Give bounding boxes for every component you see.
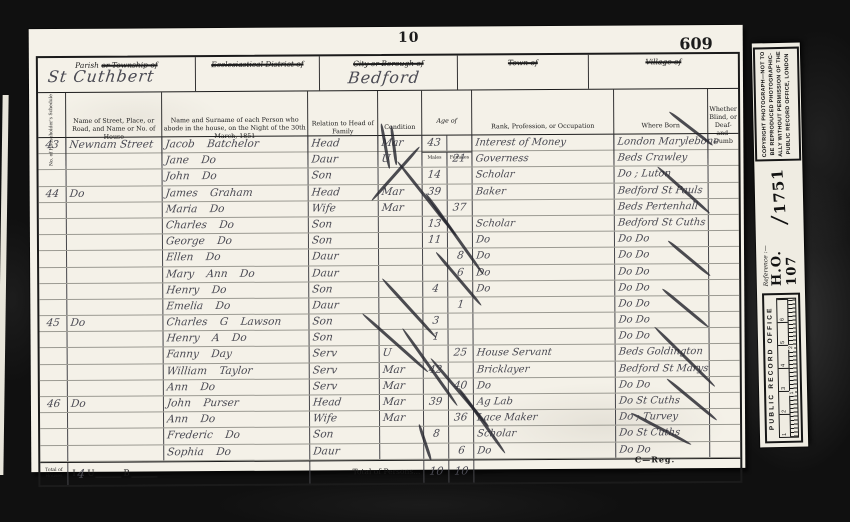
condition-cell [380, 427, 424, 442]
condition-cell [379, 330, 423, 345]
name-cell: Sophia Do [164, 444, 310, 460]
street-cell [67, 283, 163, 299]
schedule-cell [39, 235, 67, 250]
street-cell [67, 218, 163, 234]
condition-cell [379, 233, 423, 248]
pro-office-label: PUBLIC RECORD OFFICE [766, 298, 776, 438]
ruler-cm-mark: 1 [789, 391, 795, 396]
age-male-cell: 43 [422, 136, 447, 151]
occupation-cell [473, 329, 615, 345]
age-male-cell: 3 [423, 314, 448, 329]
ruler: 123456 1 2 [776, 298, 799, 438]
born-cell: Do Do [615, 247, 709, 263]
relation-cell: Serv [310, 346, 380, 362]
parish-value: St Cuthbert [47, 66, 156, 86]
ruler-inch-mark: 3 [779, 368, 789, 391]
folio-number: 10 [369, 30, 449, 46]
occupation-cell [473, 296, 615, 312]
schedule-cell [39, 203, 67, 218]
age-male-cell [423, 200, 448, 215]
street-cell [67, 202, 163, 218]
page-number: 609 [679, 34, 713, 53]
name-cell: Ellen Do [163, 250, 309, 266]
occupation-cell: Do [473, 280, 615, 296]
relation-cell: Son [309, 314, 379, 330]
street-cell: Do [68, 396, 164, 412]
schedule-cell: 46 [40, 397, 68, 412]
name-cell: Fanny Day [164, 347, 310, 363]
age-female-cell [449, 362, 474, 377]
born-cell: Do Do [615, 280, 709, 296]
age-male-cell [423, 249, 448, 264]
born-cell: Do ; Turvey [616, 409, 710, 425]
born-cell: Bedford St Cuths [615, 215, 709, 231]
schedule-cell [39, 267, 67, 282]
relation-cell: Daur [308, 152, 378, 168]
occupation-cell: Ag Lab [474, 394, 616, 410]
town-label-struck: Town of [508, 58, 538, 67]
street-cell [67, 267, 163, 283]
age-male-cell [424, 346, 449, 361]
occupation-cell: Do [474, 377, 616, 393]
age-male-cell: 39 [424, 395, 449, 410]
town-cell: Town of [458, 55, 589, 90]
schedule-cell [39, 300, 67, 315]
condition-cell [379, 217, 423, 232]
total-males: 10 [424, 460, 449, 482]
name-cell: William Taylor [164, 363, 310, 379]
name-cell: Frederic Do [164, 428, 310, 444]
name-cell: John Do [163, 169, 309, 185]
condition-cell [379, 168, 423, 183]
ruler-inch-mark: 1 [780, 414, 790, 437]
occupation-cell: Bricklayer [474, 361, 616, 377]
street-cell [68, 332, 164, 348]
totals-empty [474, 459, 740, 483]
born-cell: Do St Cuths [616, 393, 710, 409]
inhabited-label: I [72, 469, 75, 479]
census-page: 10 609 Parish or Township of St Cuthbert… [29, 25, 746, 472]
born-cell: Do Do [615, 312, 709, 328]
age-male-cell: 39 [423, 184, 448, 199]
infirm-cell [710, 360, 740, 375]
city-label-struck: City or Borough of [353, 59, 424, 68]
relation-cell: Wife [309, 201, 379, 217]
born-cell: Do Do [616, 377, 710, 393]
occupation-cell: Lace Maker [474, 410, 616, 426]
condition-cell: Mar [378, 136, 422, 151]
condition-cell: Mar [379, 201, 423, 216]
name-cell: James Graham [163, 185, 309, 201]
houses-counts: I 4 U B [68, 461, 310, 484]
born-cell: Do ; Luton [615, 166, 709, 182]
schedule-cell [40, 332, 68, 347]
born-cell: Do Do [615, 231, 709, 247]
relation-cell: Head [308, 136, 378, 152]
ecclesiastical-district-cell: Ecclesiastical District of [196, 56, 320, 91]
building-label: B [124, 468, 130, 478]
infirm-cell [710, 377, 740, 392]
condition-cell [379, 314, 423, 329]
relation-cell: Head [310, 395, 380, 411]
city-value: Bedford [347, 68, 421, 87]
age-male-cell [423, 298, 448, 313]
age-female-cell: 8 [448, 249, 473, 264]
name-cell: Charles G Lawson [163, 315, 309, 331]
relation-cell: Daur [310, 444, 380, 460]
name-cell: Jane Do [162, 153, 308, 169]
infirm-cell [709, 296, 739, 311]
born-cell: Do Do [615, 296, 709, 312]
infirm-cell [710, 344, 740, 359]
born-cell: Do St Cuths [616, 425, 710, 441]
schedule-cell [40, 348, 68, 363]
street-cell: Do [67, 315, 163, 331]
age-male-cell: 13 [423, 217, 448, 232]
reference-piece: 1751 [768, 167, 789, 214]
reference-slash: / [767, 215, 793, 225]
age-male-cell [423, 265, 448, 280]
relation-cell: Wife [310, 411, 380, 427]
inhabited-count: 4 [77, 467, 86, 481]
ruler-inch-mark: 4 [778, 345, 788, 368]
born-cell: Bedford St Marys [616, 361, 710, 377]
infirm-cell [709, 215, 739, 230]
condition-cell [379, 281, 423, 296]
condition-cell: Mar [379, 184, 423, 199]
age-male-cell [424, 378, 449, 393]
header-band: Parish or Township of St Cuthbert Eccles… [38, 54, 738, 93]
infirm-cell [709, 280, 739, 295]
street-cell [68, 364, 164, 380]
age-female-cell: 1 [448, 297, 473, 312]
copyright-notice: COPYRIGHT PHOTOGRAPH—NOT TO BE REPRODUCE… [753, 47, 801, 162]
infirm-cell [709, 247, 739, 262]
relation-cell: Son [310, 427, 380, 443]
ruler-cm-scale: 1 2 [788, 299, 798, 437]
infirm-cell [709, 263, 739, 278]
age-male-cell: 14 [423, 168, 448, 183]
age-male-cell: 4 [423, 281, 448, 296]
census-table: Parish or Township of St Cuthbert Eccles… [36, 52, 743, 487]
street-cell [68, 413, 164, 429]
name-cell: John Purser [164, 395, 310, 411]
relation-cell: Son [309, 233, 379, 249]
age-female-cell [448, 330, 473, 345]
born-cell: Beds Pertenhall [615, 199, 709, 215]
uninhabited-label: U [87, 469, 93, 479]
reference-area: Reference :— H.O. 107 / 1751 [760, 168, 799, 287]
relation-cell: Daur [309, 249, 379, 265]
infirm-cell [710, 409, 740, 424]
village-label-struck: Village of [645, 57, 681, 66]
infirm-cell [709, 166, 739, 181]
occupation-cell: Do [473, 248, 615, 264]
infirm-cell [709, 182, 739, 197]
occupation-cell: Scholar [474, 426, 616, 442]
occupation-cell: Baker [473, 183, 615, 199]
condition-cell [379, 265, 423, 280]
adjacent-page-edge [0, 95, 9, 475]
schedule-cell: 45 [39, 316, 67, 331]
street-cell [66, 154, 162, 170]
age-female-cell: 25 [449, 346, 474, 361]
occupation-cell [473, 199, 615, 215]
age-female-cell: 6 [448, 265, 473, 280]
age-female-cell [449, 427, 474, 442]
condition-cell [380, 443, 424, 458]
occupation-cell: Scholar [473, 167, 615, 183]
schedule-cell [39, 219, 67, 234]
born-cell: Do Do [615, 328, 709, 344]
schedule-cell [40, 365, 68, 380]
relation-cell: Serv [310, 363, 380, 379]
age-female-cell: 6 [449, 443, 474, 458]
occupation-cell: Governess [472, 151, 614, 167]
age-male-cell: 1 [423, 330, 448, 345]
relation-cell: Daur [309, 266, 379, 282]
schedule-cell: 44 [39, 187, 67, 202]
ruler-inch-mark: 5 [778, 322, 788, 345]
born-cell: Do Do [615, 264, 709, 280]
age-male-cell: 11 [423, 233, 448, 248]
street-cell [68, 429, 164, 445]
name-cell: Emelia Do [163, 298, 309, 314]
name-cell: Ann Do [164, 412, 310, 428]
occupation-cell: Scholar [473, 216, 615, 232]
relation-cell: Son [309, 282, 379, 298]
schedule-cell [39, 284, 67, 299]
age-female-cell: 40 [449, 378, 474, 393]
copyright-line: PUBLIC RECORD OFFICE, LONDON [784, 53, 794, 154]
age-female-cell [448, 184, 473, 199]
street-cell [67, 299, 163, 315]
relation-cell: Daur [309, 298, 379, 314]
age-female-cell [449, 394, 474, 409]
age-female-cell [448, 281, 473, 296]
infirm-cell [709, 231, 739, 246]
street-cell [67, 234, 163, 250]
name-cell: Maria Do [163, 201, 309, 217]
schedule-cell [39, 251, 67, 266]
age-female-cell [447, 135, 472, 150]
age-female-cell: 21 [447, 152, 472, 167]
condition-cell: Mar [380, 379, 424, 394]
printer-registration-mark: C—Reg. [635, 454, 676, 464]
street-cell [68, 348, 164, 364]
total-females: 10 [449, 460, 474, 482]
street-cell [67, 251, 163, 267]
name-cell: Jacob Batchelor [162, 136, 308, 152]
city-borough-cell: City or Borough of Bedford [320, 56, 458, 91]
age-female-cell: 37 [448, 200, 473, 215]
name-cell: Charles Do [163, 217, 309, 233]
age-male-cell [424, 411, 449, 426]
street-cell [68, 445, 164, 461]
ecclesiastical-label-struck: Ecclesiastical District of [211, 60, 303, 70]
condition-cell: U [380, 346, 424, 361]
infirm-cell [709, 312, 739, 327]
schedule-cell: 43 [38, 138, 66, 153]
age-male-cell [422, 152, 447, 167]
occupation-cell: Do [474, 442, 616, 458]
condition-cell [379, 249, 423, 264]
schedule-cell [40, 429, 68, 444]
age-female-cell [448, 168, 473, 183]
street-cell: Newnam Street [66, 137, 162, 153]
name-cell: Henry A Do [164, 331, 310, 347]
infirm-cell [708, 150, 738, 165]
relation-cell: Son [309, 168, 379, 184]
reference-series: H.O. 107 [768, 227, 799, 286]
occupation-cell: Interest of Money [472, 135, 614, 151]
occupation-cell: Do [473, 232, 615, 248]
schedule-cell [40, 413, 68, 428]
condition-cell [379, 298, 423, 313]
pro-ruler-box: PUBLIC RECORD OFFICE 123456 1 2 [762, 293, 803, 444]
schedule-cell [39, 170, 67, 185]
ruler-cm-mark: 2 [788, 345, 794, 350]
age-male-cell: 8 [424, 427, 449, 442]
age-female-cell [448, 314, 473, 329]
relation-cell: Head [309, 185, 379, 201]
ruler-inch-mark: 2 [779, 391, 789, 414]
street-cell [68, 380, 164, 396]
occupation-cell: Do [473, 264, 615, 280]
age-male-cell: 42 [424, 362, 449, 377]
parish-cell: Parish or Township of St Cuthbert [38, 57, 196, 92]
infirm-cell [710, 425, 740, 440]
age-male-cell [424, 443, 449, 458]
relation-cell: Serv [310, 379, 380, 395]
name-cell: Mary Ann Do [163, 266, 309, 282]
born-cell: London Marylebone [614, 134, 708, 150]
street-cell: Do [67, 186, 163, 202]
age-female-cell: 36 [449, 411, 474, 426]
condition-cell: Mar [380, 411, 424, 426]
born-cell: Beds Crawley [614, 150, 708, 166]
born-cell: Beds Goldington [616, 344, 710, 360]
occupation-cell [473, 313, 615, 329]
ruler-inch-mark: 6 [777, 299, 787, 322]
relation-cell: Son [309, 217, 379, 233]
condition-cell: Mar [380, 395, 424, 410]
name-cell: Ann Do [164, 379, 310, 395]
pro-reference-strip: PUBLIC RECORD OFFICE 123456 1 2 Referenc… [752, 43, 808, 448]
schedule-cell [40, 381, 68, 396]
total-persons-label: Total of Persons... [310, 461, 424, 484]
census-scan: 10 609 Parish or Township of St Cuthbert… [0, 0, 850, 522]
relation-cell: Son [310, 330, 380, 346]
schedule-cell [40, 446, 68, 461]
name-cell: Henry Do [163, 282, 309, 298]
infirm-cell [710, 441, 740, 456]
village-cell: Village of [589, 54, 738, 89]
infirm-cell [710, 393, 740, 408]
condition-cell: U [378, 152, 422, 167]
age-female-cell [448, 216, 473, 231]
born-cell: Bedford St Pauls [615, 183, 709, 199]
column-headers: No. of Householder's Schedule Name of St… [38, 89, 738, 138]
age-female-cell [448, 233, 473, 248]
total-houses-label: Total of Houses [40, 463, 68, 485]
occupation-cell: House Servant [474, 345, 616, 361]
condition-cell: Mar [380, 362, 424, 377]
name-cell: George Do [163, 234, 309, 250]
infirm-cell [709, 199, 739, 214]
infirm-cell [709, 328, 739, 343]
street-cell [67, 170, 163, 186]
